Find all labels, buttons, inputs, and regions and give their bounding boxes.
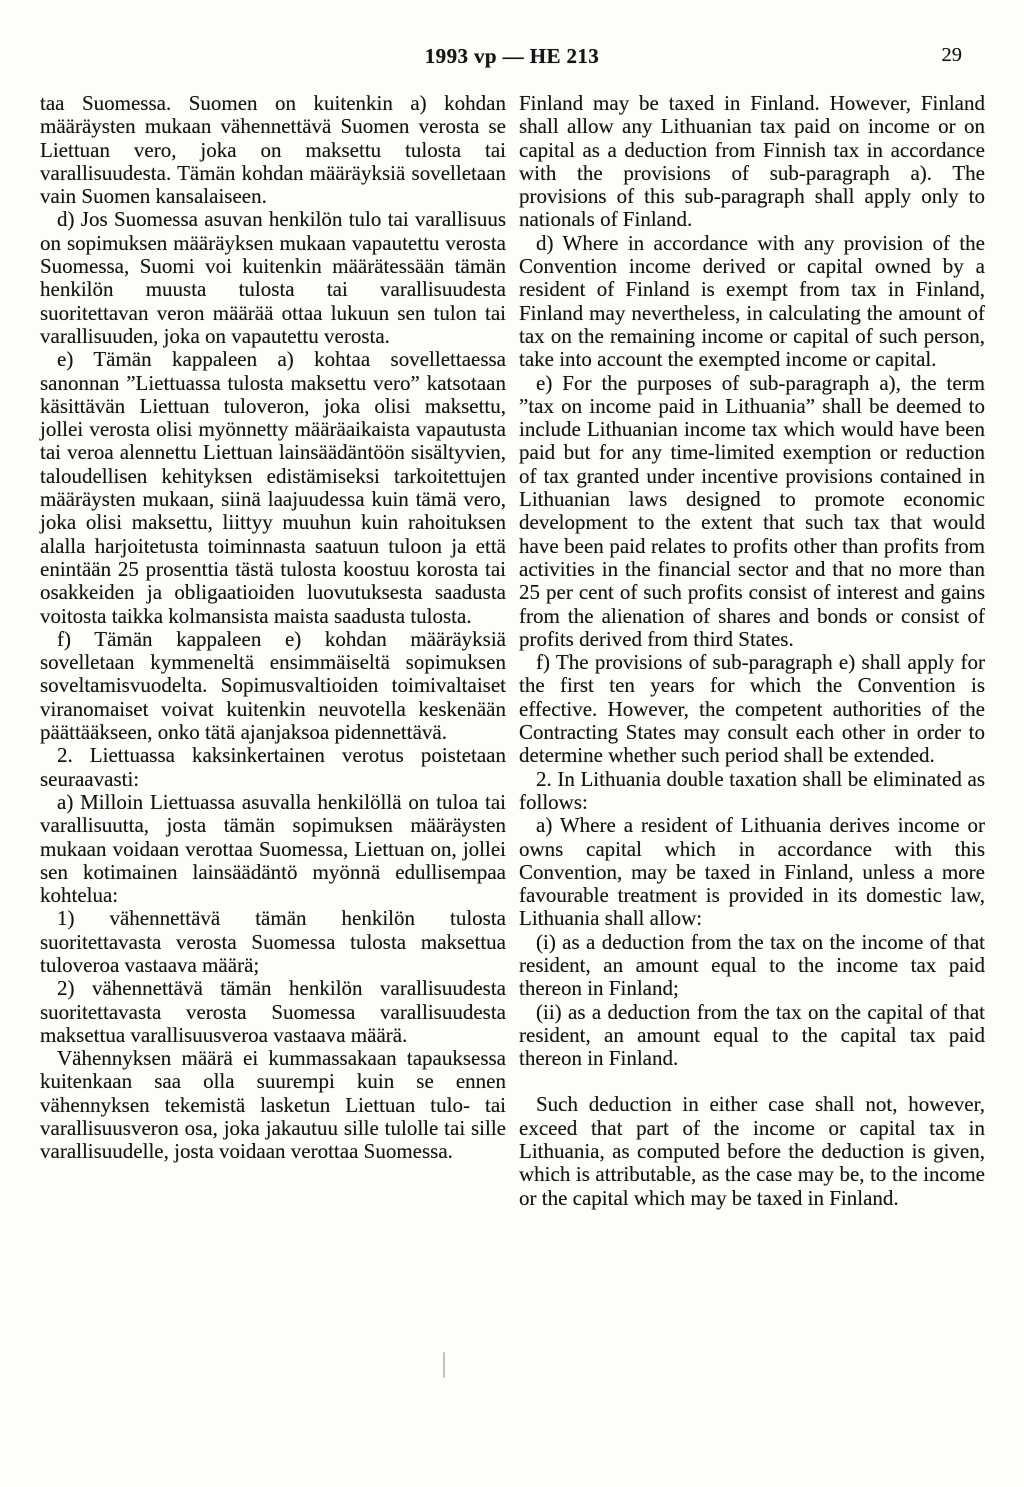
document-page: 1993 vp — HE 213 29 taa Suomessa. Suomen… xyxy=(0,0,1024,1487)
two-column-text-block: taa Suomessa. Suomen on kuitenkin a) koh… xyxy=(40,92,985,1210)
paragraph: f) The provisions of sub-paragraph e) sh… xyxy=(519,651,985,767)
paragraph: Finland may be taxed in Finland. However… xyxy=(519,92,985,232)
page-number: 29 xyxy=(942,44,963,67)
paragraph: (ii) as a deduction from the tax on the … xyxy=(519,1001,985,1071)
paragraph: taa Suomessa. Suomen on kuitenkin a) koh… xyxy=(40,92,506,208)
scan-artifact-mark xyxy=(443,1352,445,1378)
paragraph: e) Tämän kappaleen a) kohtaa sovellettae… xyxy=(40,348,506,628)
paragraph: Vähennyksen määrä ei kummassakaan tapauk… xyxy=(40,1047,506,1163)
paragraph: 2. In Lithuania double taxation shall be… xyxy=(519,768,985,815)
paragraph: a) Where a resident of Lithuania derives… xyxy=(519,814,985,930)
paragraph: f) Tämän kappaleen e) kohdan määräyksiä … xyxy=(40,628,506,744)
paragraph: 2. Liettuassa kaksinkertainen verotus po… xyxy=(40,744,506,791)
paragraph: e) For the purposes of sub-paragraph a),… xyxy=(519,372,985,652)
paragraph: 1) vähennettävä tämän henkilön tulosta s… xyxy=(40,907,506,977)
column-english: Finland may be taxed in Finland. However… xyxy=(519,92,985,1210)
page-header: 1993 vp — HE 213 29 xyxy=(0,44,1024,70)
paragraph: Such deduction in either case shall not,… xyxy=(519,1093,985,1209)
column-finnish: taa Suomessa. Suomen on kuitenkin a) koh… xyxy=(40,92,506,1210)
paragraph: a) Milloin Liettuassa asuvalla henkilöll… xyxy=(40,791,506,907)
paragraph: 2) vähennettävä tämän henkilön varallisu… xyxy=(40,977,506,1047)
paragraph: (i) as a deduction from the tax on the i… xyxy=(519,931,985,1001)
paragraph: d) Where in accordance with any provisio… xyxy=(519,232,985,372)
paragraph: d) Jos Suomessa asuvan henkilön tulo tai… xyxy=(40,208,506,348)
header-title: 1993 vp — HE 213 xyxy=(0,44,1024,69)
